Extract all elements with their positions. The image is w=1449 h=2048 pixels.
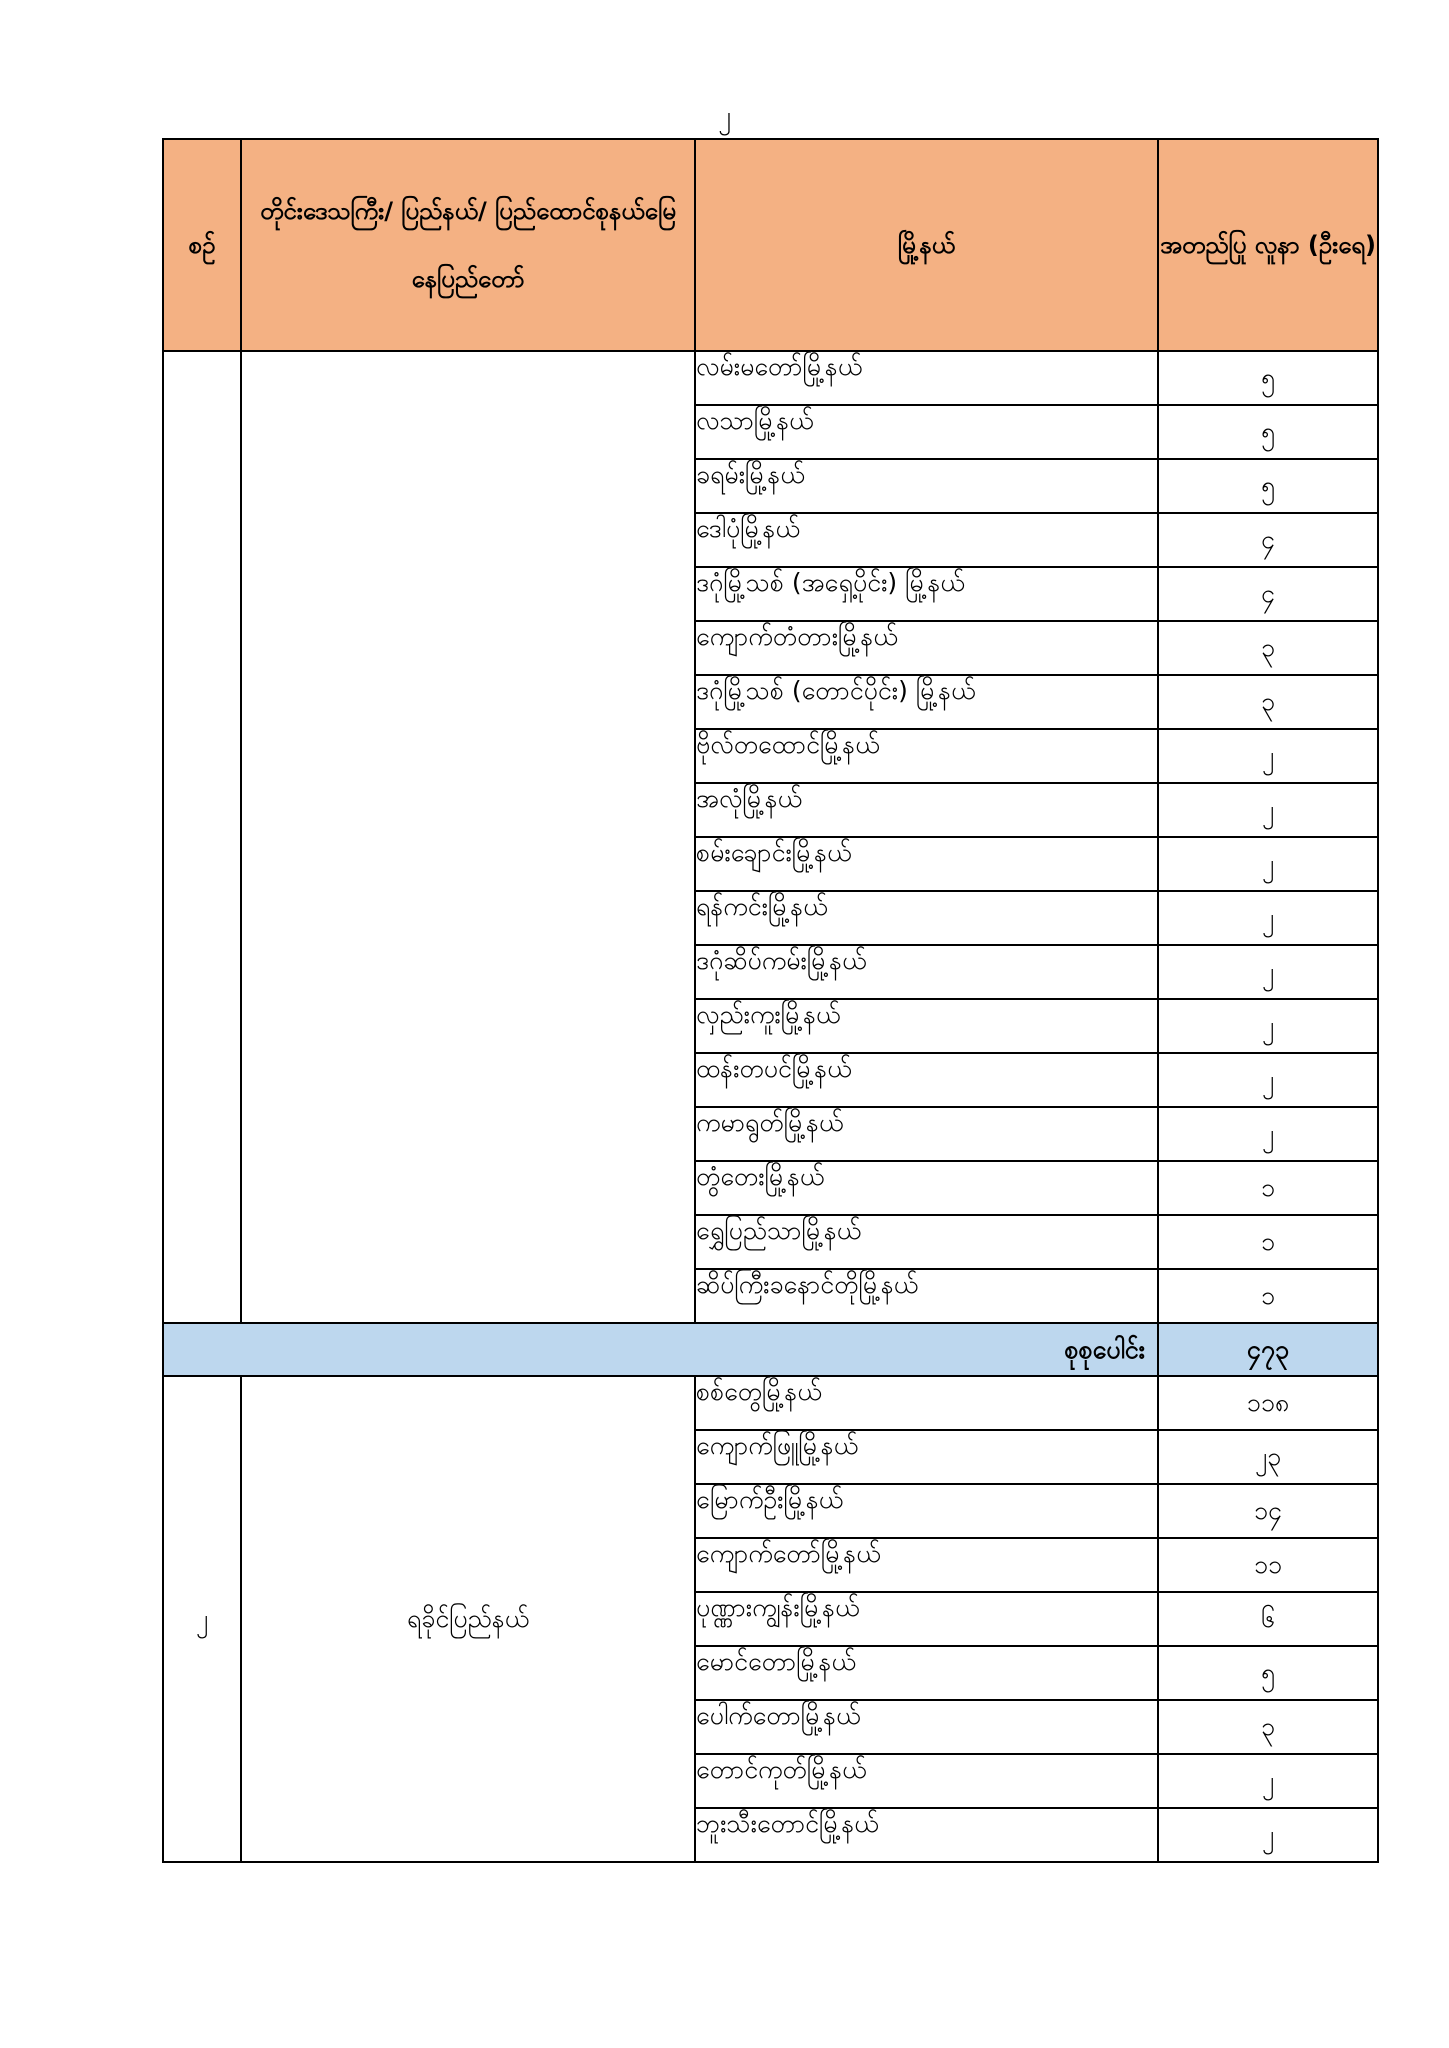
total-value: ၄၇၃ [1158, 1323, 1378, 1376]
count-cell: ၂ [1158, 999, 1378, 1053]
table-row: လမ်းမတော်မြို့နယ်၅ [163, 351, 1378, 405]
header-region: တိုင်းဒေသကြီး/ ပြည်နယ်/ ပြည်ထောင်စုနယ်မြ… [241, 139, 695, 351]
township-cell: စစ်တွေမြို့နယ် [695, 1376, 1158, 1430]
count-cell: ၂ [1158, 783, 1378, 837]
header-count: အတည်ပြု လူနာ (ဦးရေ) [1158, 139, 1378, 351]
count-cell: ၅ [1158, 351, 1378, 405]
township-cell: ပေါက်တောမြို့နယ် [695, 1700, 1158, 1754]
count-cell: ၁၄ [1158, 1484, 1378, 1538]
table-body: လမ်းမတော်မြို့နယ်၅လသာမြို့နယ်၅ခရမ်းမြို့… [163, 351, 1378, 1862]
total-row: စုစုပေါင်း၄၇၃ [163, 1323, 1378, 1376]
township-cell: ဘူးသီးတောင်မြို့နယ် [695, 1808, 1158, 1862]
township-cell: ကမာရွတ်မြို့နယ် [695, 1107, 1158, 1161]
count-cell: ၂ [1158, 1107, 1378, 1161]
region-cell: ရခိုင်ပြည်နယ် [241, 1376, 695, 1862]
table-row: ၂ရခိုင်ပြည်နယ်စစ်တွေမြို့နယ်၁၁၈ [163, 1376, 1378, 1430]
township-cell: ကျောက်တော်မြို့နယ် [695, 1538, 1158, 1592]
count-cell: ၂ [1158, 837, 1378, 891]
township-cell: ဒဂုံဆိပ်ကမ်းမြို့နယ် [695, 945, 1158, 999]
count-cell: ၃ [1158, 675, 1378, 729]
township-cell: ဒဂုံမြို့သစ် (တောင်ပိုင်း) မြို့နယ် [695, 675, 1158, 729]
township-cell: လသာမြို့နယ် [695, 405, 1158, 459]
count-cell: ၁၁၈ [1158, 1376, 1378, 1430]
table-header-row: စဉ် တိုင်းဒေသကြီး/ ပြည်နယ်/ ပြည်ထောင်စုန… [163, 139, 1378, 351]
count-cell: ၁၁ [1158, 1538, 1378, 1592]
region-cell [241, 351, 695, 1323]
township-cell: ထန်းတပင်မြို့နယ် [695, 1053, 1158, 1107]
township-cell: ခရမ်းမြို့နယ် [695, 459, 1158, 513]
serial-cell: ၂ [163, 1376, 241, 1862]
count-cell: ၂၃ [1158, 1430, 1378, 1484]
count-cell: ၁ [1158, 1269, 1378, 1323]
count-cell: ၃ [1158, 621, 1378, 675]
case-table: စဉ် တိုင်းဒေသကြီး/ ပြည်နယ်/ ပြည်ထောင်စုန… [162, 138, 1379, 1863]
count-cell: ၁ [1158, 1215, 1378, 1269]
count-cell: ၂ [1158, 729, 1378, 783]
township-cell: စမ်းချောင်းမြို့နယ် [695, 837, 1158, 891]
township-cell: လှည်းကူးမြို့နယ် [695, 999, 1158, 1053]
township-cell: ဗိုလ်တထောင်မြို့နယ် [695, 729, 1158, 783]
township-cell: မောင်တောမြို့နယ် [695, 1646, 1158, 1700]
township-cell: လမ်းမတော်မြို့နယ် [695, 351, 1158, 405]
township-cell: မြောက်ဦးမြို့နယ် [695, 1484, 1158, 1538]
header-serial: စဉ် [163, 139, 241, 351]
count-cell: ၃ [1158, 1700, 1378, 1754]
count-cell: ၂ [1158, 1754, 1378, 1808]
count-cell: ၂ [1158, 1053, 1378, 1107]
township-cell: ပုဏ္ဏားကျွန်းမြို့နယ် [695, 1592, 1158, 1646]
township-cell: ဆိပ်ကြီးခနောင်တိုမြို့နယ် [695, 1269, 1158, 1323]
count-cell: ၂ [1158, 1808, 1378, 1862]
total-label: စုစုပေါင်း [163, 1323, 1158, 1376]
township-cell: ရန်ကင်းမြို့နယ် [695, 891, 1158, 945]
township-cell: ကျောက်တံတားမြို့နယ် [695, 621, 1158, 675]
township-cell: တောင်ကုတ်မြို့နယ် [695, 1754, 1158, 1808]
township-cell: အလုံမြို့နယ် [695, 783, 1158, 837]
township-cell: တွံတေးမြို့နယ် [695, 1161, 1158, 1215]
serial-cell [163, 351, 241, 1323]
count-cell: ၄ [1158, 567, 1378, 621]
count-cell: ၅ [1158, 405, 1378, 459]
count-cell: ၁ [1158, 1161, 1378, 1215]
count-cell: ၂ [1158, 891, 1378, 945]
count-cell: ၅ [1158, 1646, 1378, 1700]
header-township: မြို့နယ် [695, 139, 1158, 351]
township-cell: ဒေါပုံမြို့နယ် [695, 513, 1158, 567]
township-cell: ရွှေပြည်သာမြို့နယ် [695, 1215, 1158, 1269]
township-cell: ဒဂုံမြို့သစ် (အရှေ့ပိုင်း) မြို့နယ် [695, 567, 1158, 621]
count-cell: ၄ [1158, 513, 1378, 567]
count-cell: ၆ [1158, 1592, 1378, 1646]
township-cell: ကျောက်ဖြူမြို့နယ် [695, 1430, 1158, 1484]
count-cell: ၅ [1158, 459, 1378, 513]
count-cell: ၂ [1158, 945, 1378, 999]
page-number: ၂ [0, 96, 1449, 136]
